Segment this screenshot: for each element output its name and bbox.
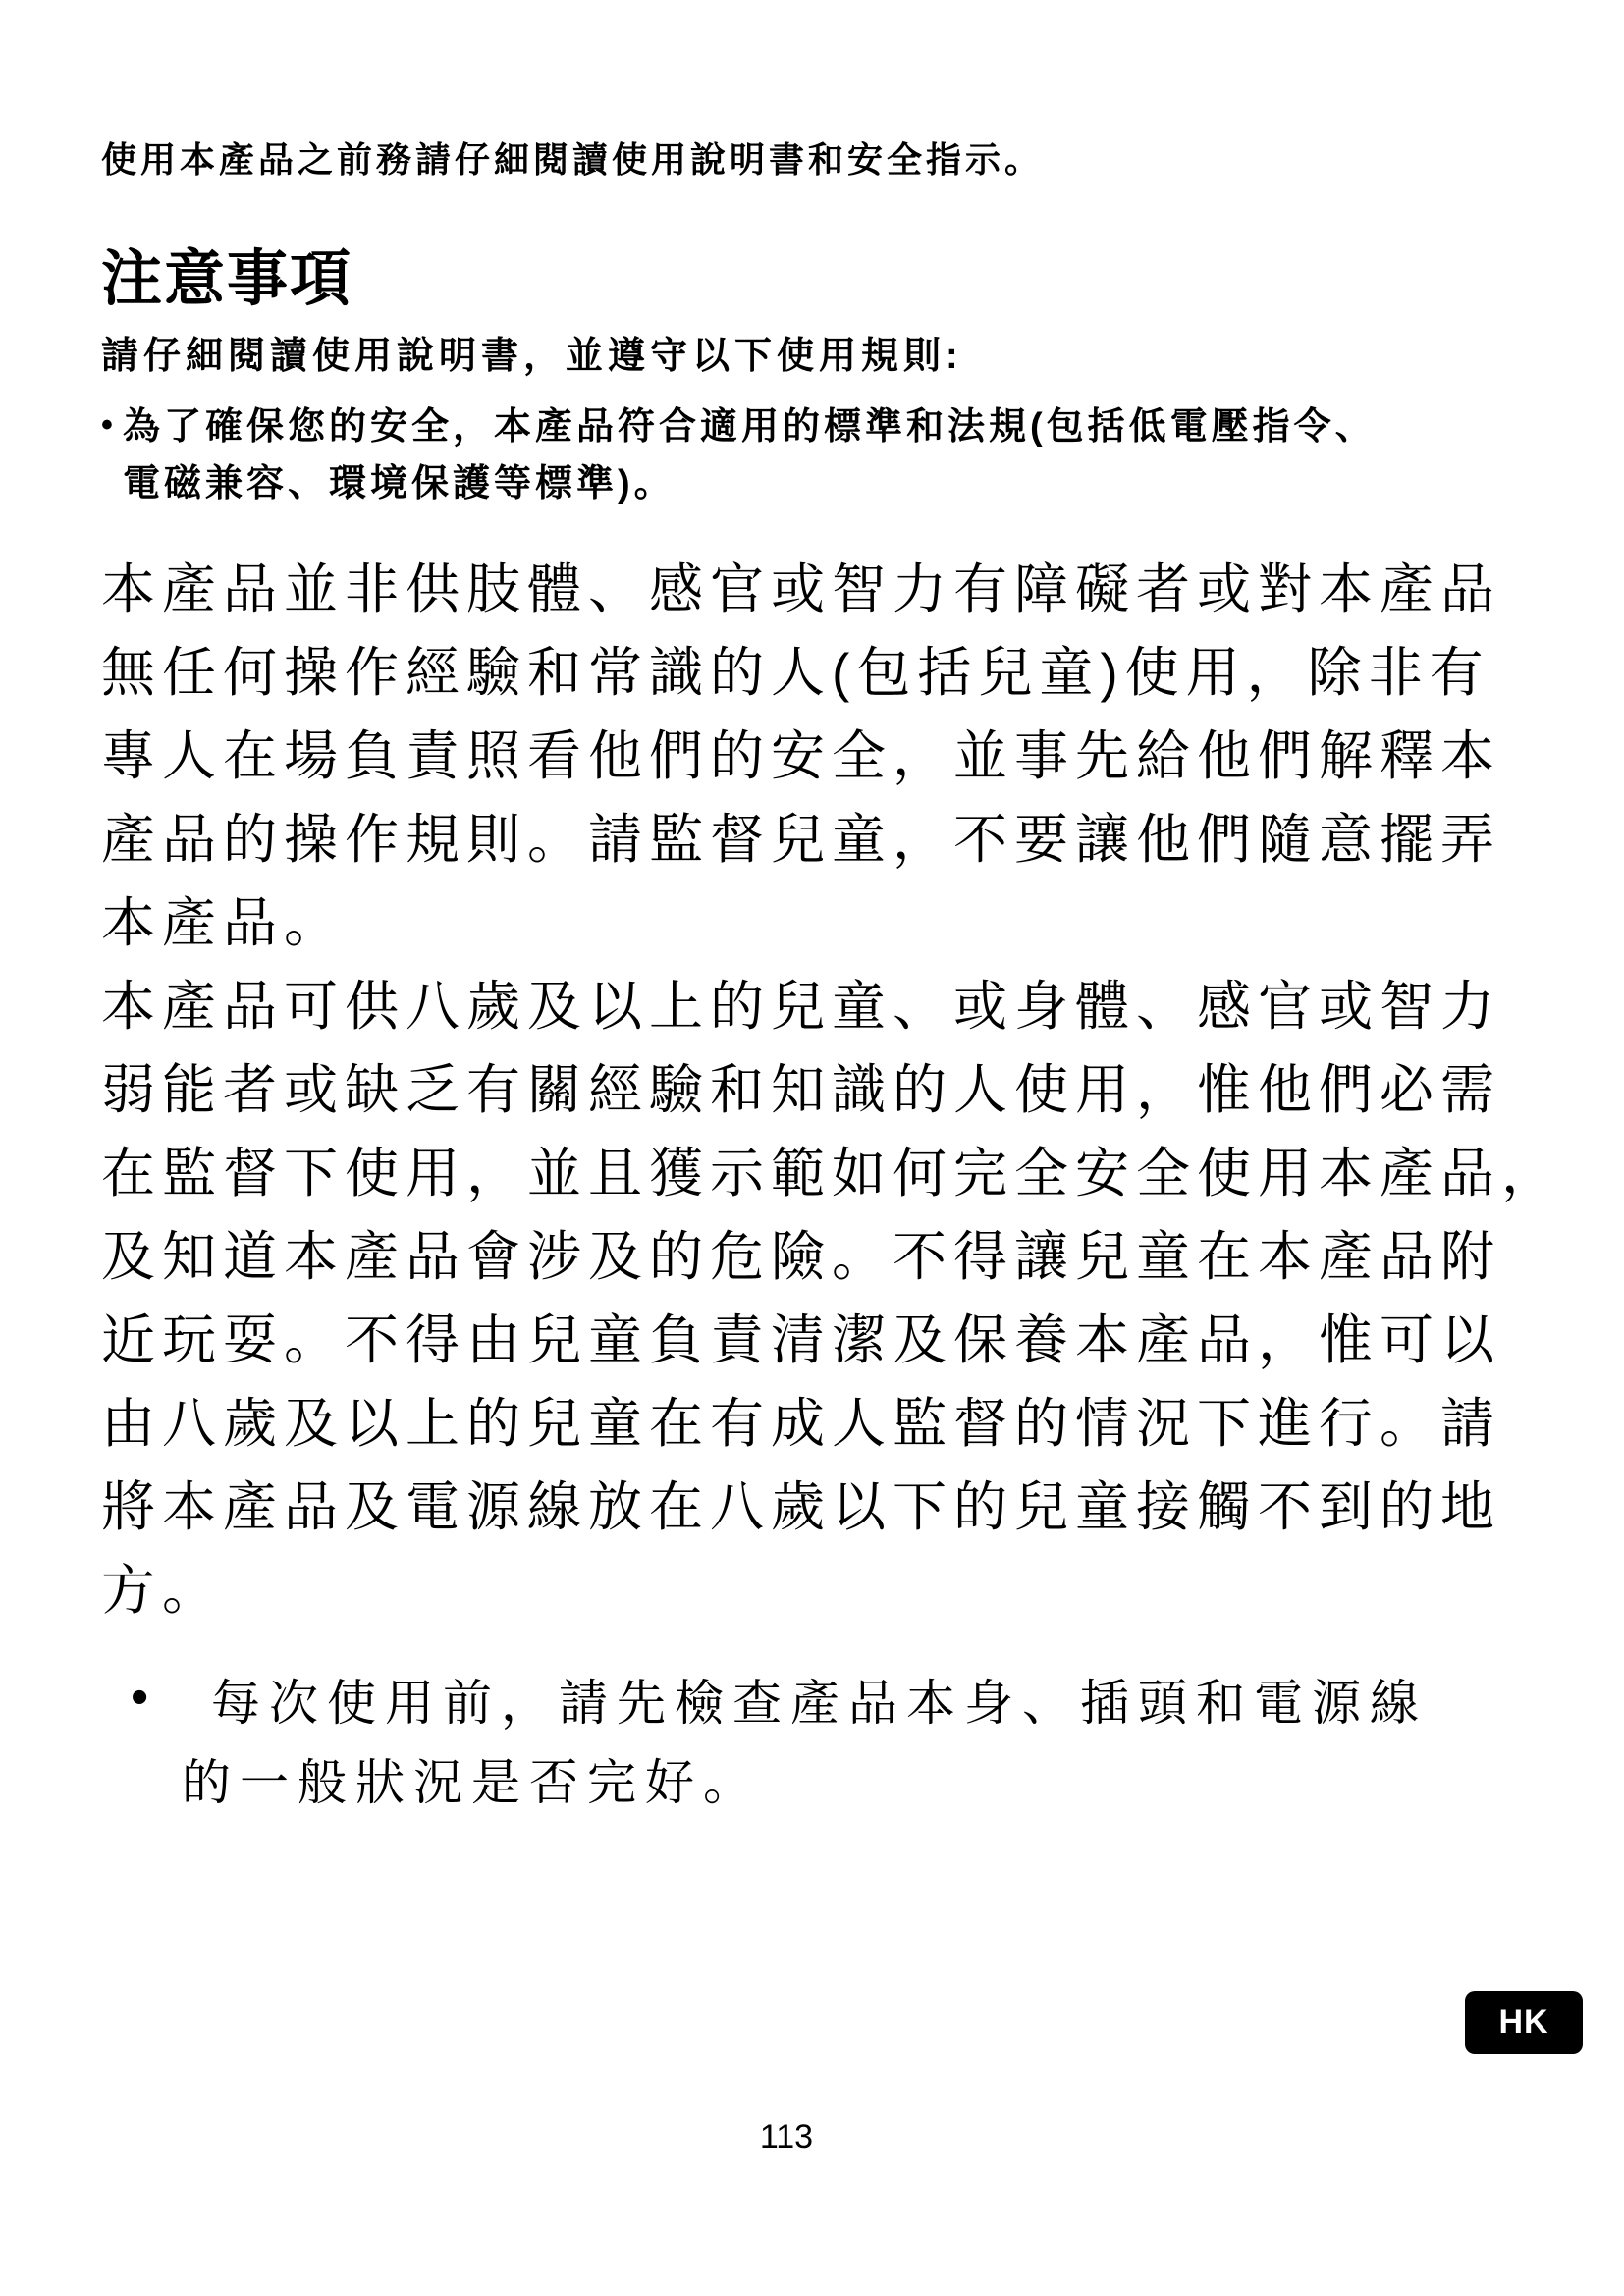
paragraph2-line: 近玩耍。不得由兒童負責清潔及保養本產品，惟可以 (101, 1299, 1570, 1382)
rule-bullet-line: 電磁兼容、環境保護等標準)。 (123, 455, 1570, 512)
paragraph2-line: 在監督下使用，並且獲示範如何完全安全使用本產品， (101, 1132, 1570, 1215)
paragraph2-line: 本產品可供八歲及以上的兒童、或身體、感官或智力 (101, 965, 1570, 1048)
paragraph2-line: 及知道本產品會涉及的危險。不得讓兒童在本產品附 (101, 1215, 1570, 1299)
intro-line: 使用本產品之前務請仔細閱讀使用說明書和安全指示。 (101, 0, 1570, 183)
rule-bullet-item: • 為了確保您的安全，本產品符合適用的標準和法規(包括低電壓指令、 電磁兼容、環… (101, 399, 1570, 512)
safety-paragraphs: 本產品並非供肢體、感官或智力有障礙者或對本產品 無任何操作經驗和常識的人(包括兒… (101, 548, 1570, 1632)
bullet-marker-icon: • (101, 397, 117, 454)
check-bullet-item: • 每次使用前，請先檢查產品本身、插頭和電源線 的一般狀況是否完好。 (101, 1664, 1570, 1823)
check-bullet-line: 的一般狀況是否完好。 (182, 1743, 1570, 1823)
section-subheading: 請仔細閱讀使用說明書，並遵守以下使用規則: (101, 330, 1570, 383)
region-badge: HK (1465, 1991, 1583, 2054)
paragraph1-line: 本產品並非供肢體、感官或智力有障礙者或對本產品 (101, 548, 1570, 631)
manual-page: 使用本產品之前務請仔細閱讀使用說明書和安全指示。 注意事項 請仔細閱讀使用說明書… (0, 0, 1624, 2296)
paragraph2-line: 方。 (101, 1549, 1570, 1632)
paragraph1-line: 本產品。 (101, 881, 1570, 965)
paragraph2-line: 將本產品及電源線放在八歲以下的兒童接觸不到的地 (101, 1466, 1570, 1549)
page-number: 113 (0, 2118, 1573, 2157)
paragraph2-line: 由八歲及以上的兒童在有成人監督的情況下進行。請 (101, 1382, 1570, 1466)
paragraph1-line: 專人在場負責照看他們的安全，並事先給他們解釋本 (101, 715, 1570, 798)
paragraph1-line: 產品的操作規則。請監督兒童，不要讓他們隨意擺弄 (101, 798, 1570, 881)
page-content: 使用本產品之前務請仔細閱讀使用說明書和安全指示。 注意事項 請仔細閱讀使用說明書… (0, 0, 1624, 1823)
paragraph2-line: 弱能者或缺乏有關經驗和知識的人使用，惟他們必需 (101, 1048, 1570, 1132)
bullet-marker-icon: • (131, 1658, 157, 1737)
rule-bullet-line: 為了確保您的安全，本產品符合適用的標準和法規(包括低電壓指令、 (123, 399, 1570, 455)
paragraph1-line: 無任何操作經驗和常識的人(包括兒童)使用，除非有 (101, 631, 1570, 715)
check-bullet-line: 每次使用前，請先檢查產品本身、插頭和電源線 (182, 1664, 1570, 1743)
section-heading: 注意事項 (101, 243, 1570, 316)
